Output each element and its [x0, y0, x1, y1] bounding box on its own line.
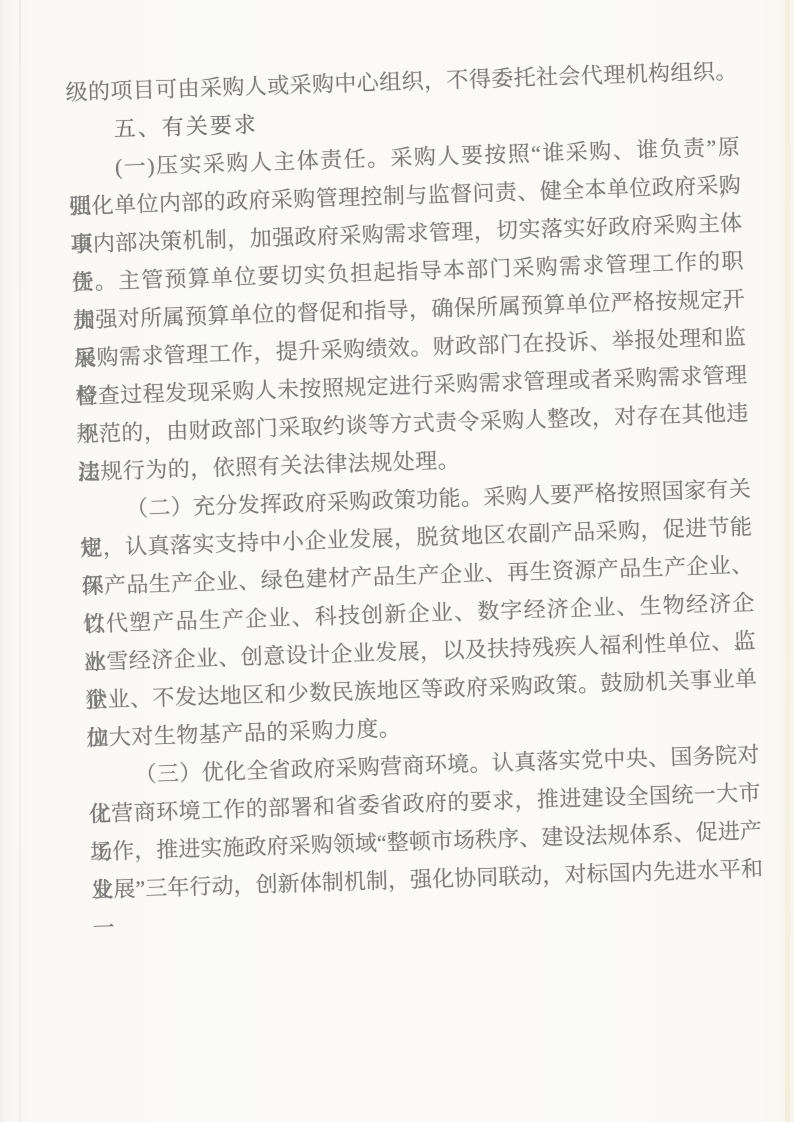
scan-fold-line	[19, 0, 21, 1122]
document-text-block: 级的项目可由采购人或采购中心组织，不得委托社会代理机构组织。五、有关要求(一)压…	[65, 52, 764, 909]
scan-right-edge-shadow	[785, 0, 790, 1122]
